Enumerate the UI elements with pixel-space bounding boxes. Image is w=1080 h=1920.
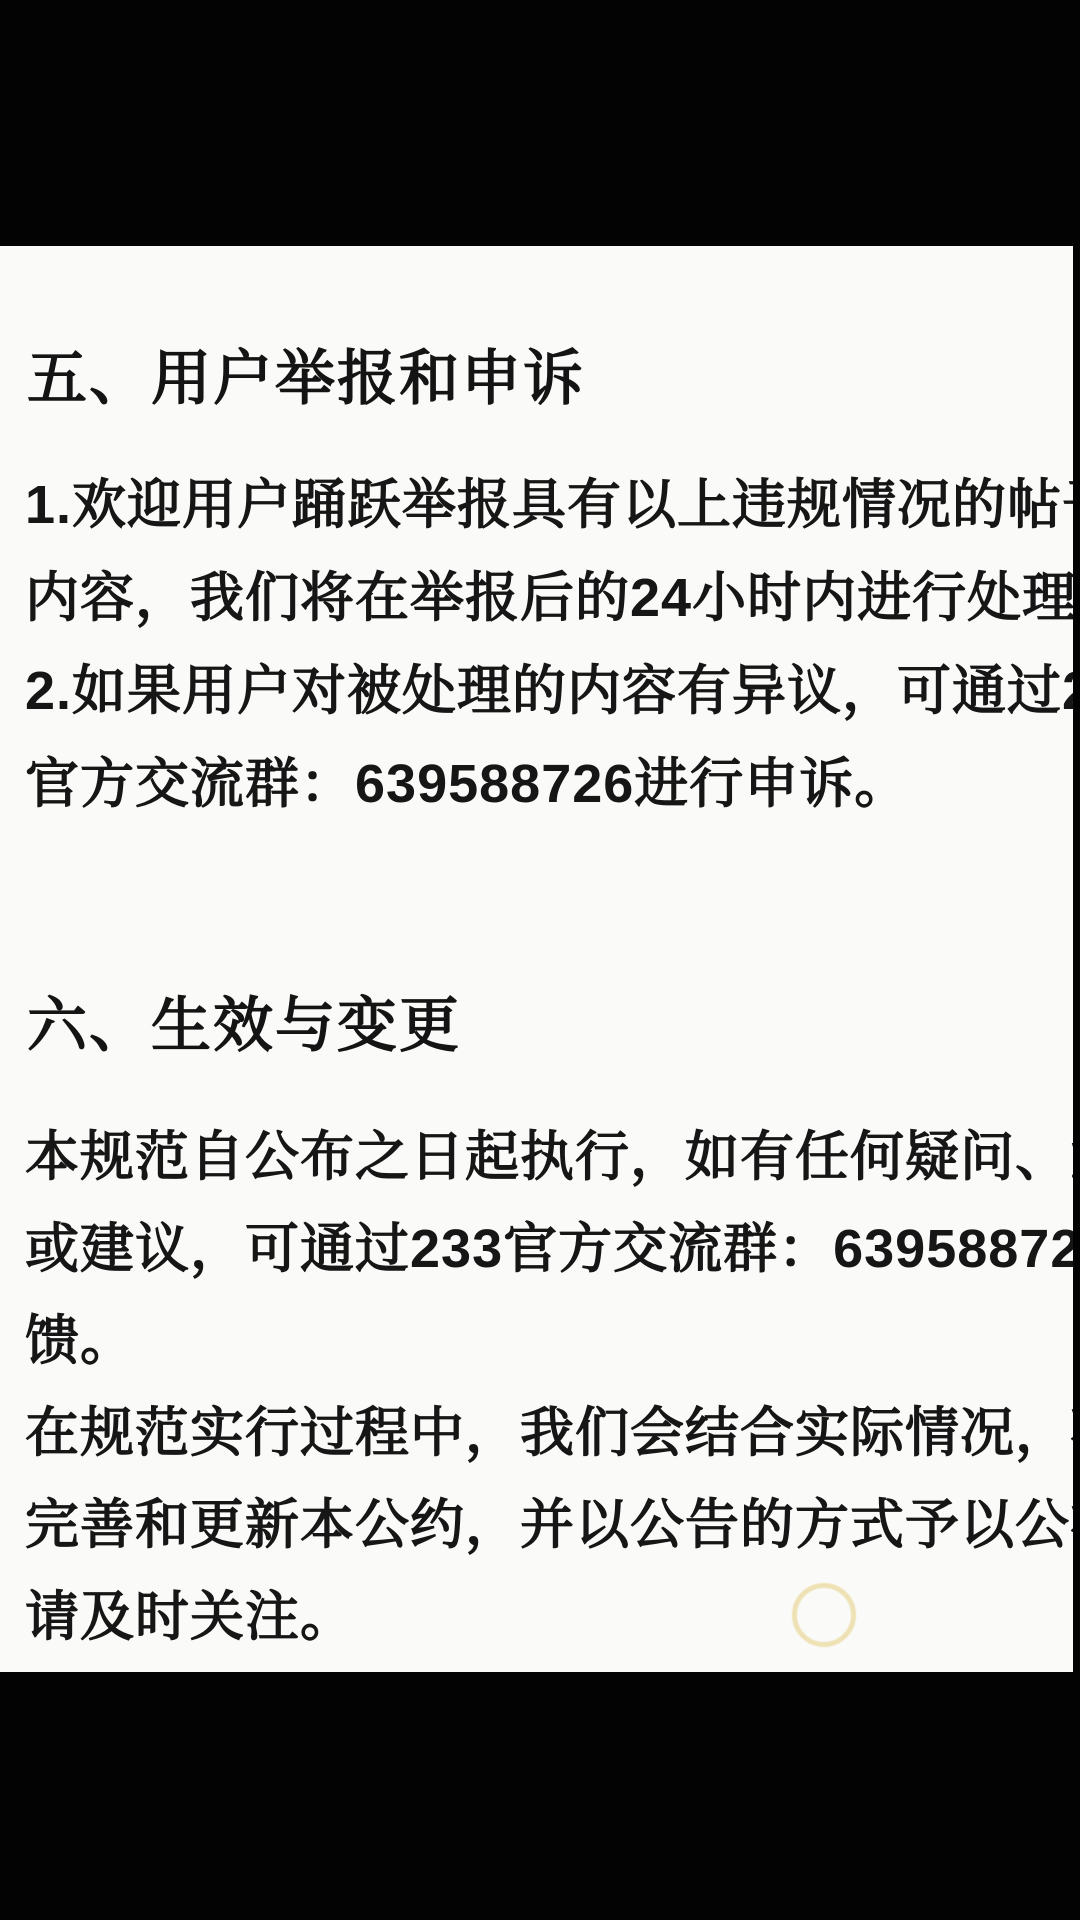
section-body-user-reports: 1.欢迎用户踊跃举报具有以上违规情况的帖子等 内容，我们将在举报后的24小时内进… [25,459,1035,831]
document-page: 五、用户举报和申诉 1.欢迎用户踊跃举报具有以上违规情况的帖子等 内容，我们将在… [0,246,1073,1672]
body-line: 本规范自公布之日起执行，如有任何疑问、意见 [25,1111,1035,1203]
gold-ring-watermark-icon [792,1583,856,1647]
section-heading-user-reports: 五、用户举报和申诉 [27,331,1027,417]
right-edge-strip [1073,0,1080,1920]
body-line: 在规范实行过程中，我们会结合实际情况，不断 [25,1387,1035,1479]
body-line: 1.欢迎用户踊跃举报具有以上违规情况的帖子等 [25,459,1035,552]
letterbox-top [0,0,1080,246]
body-line: 2.如果用户对被处理的内容有异议，可通过233 [25,645,1035,738]
body-line: 完善和更新本公约，并以公告的方式予以公布， [25,1479,1035,1571]
section-heading-effective-changes: 六、生效与变更 [27,978,1027,1064]
body-line: 或建议，可通过233官方交流群：639588726反 [25,1203,1035,1295]
body-line: 请及时关注。 [25,1571,1035,1663]
screenshot-canvas: 五、用户举报和申诉 1.欢迎用户踊跃举报具有以上违规情况的帖子等 内容，我们将在… [0,0,1080,1920]
body-line: 官方交流群：639588726进行申诉。 [25,738,1035,831]
body-line: 内容，我们将在举报后的24小时内进行处理。 [25,552,1035,645]
letterbox-bottom [0,1672,1080,1920]
section-body-effective-changes: 本规范自公布之日起执行，如有任何疑问、意见 或建议，可通过233官方交流群：63… [25,1111,1035,1663]
body-line: 馈。 [25,1295,1035,1387]
